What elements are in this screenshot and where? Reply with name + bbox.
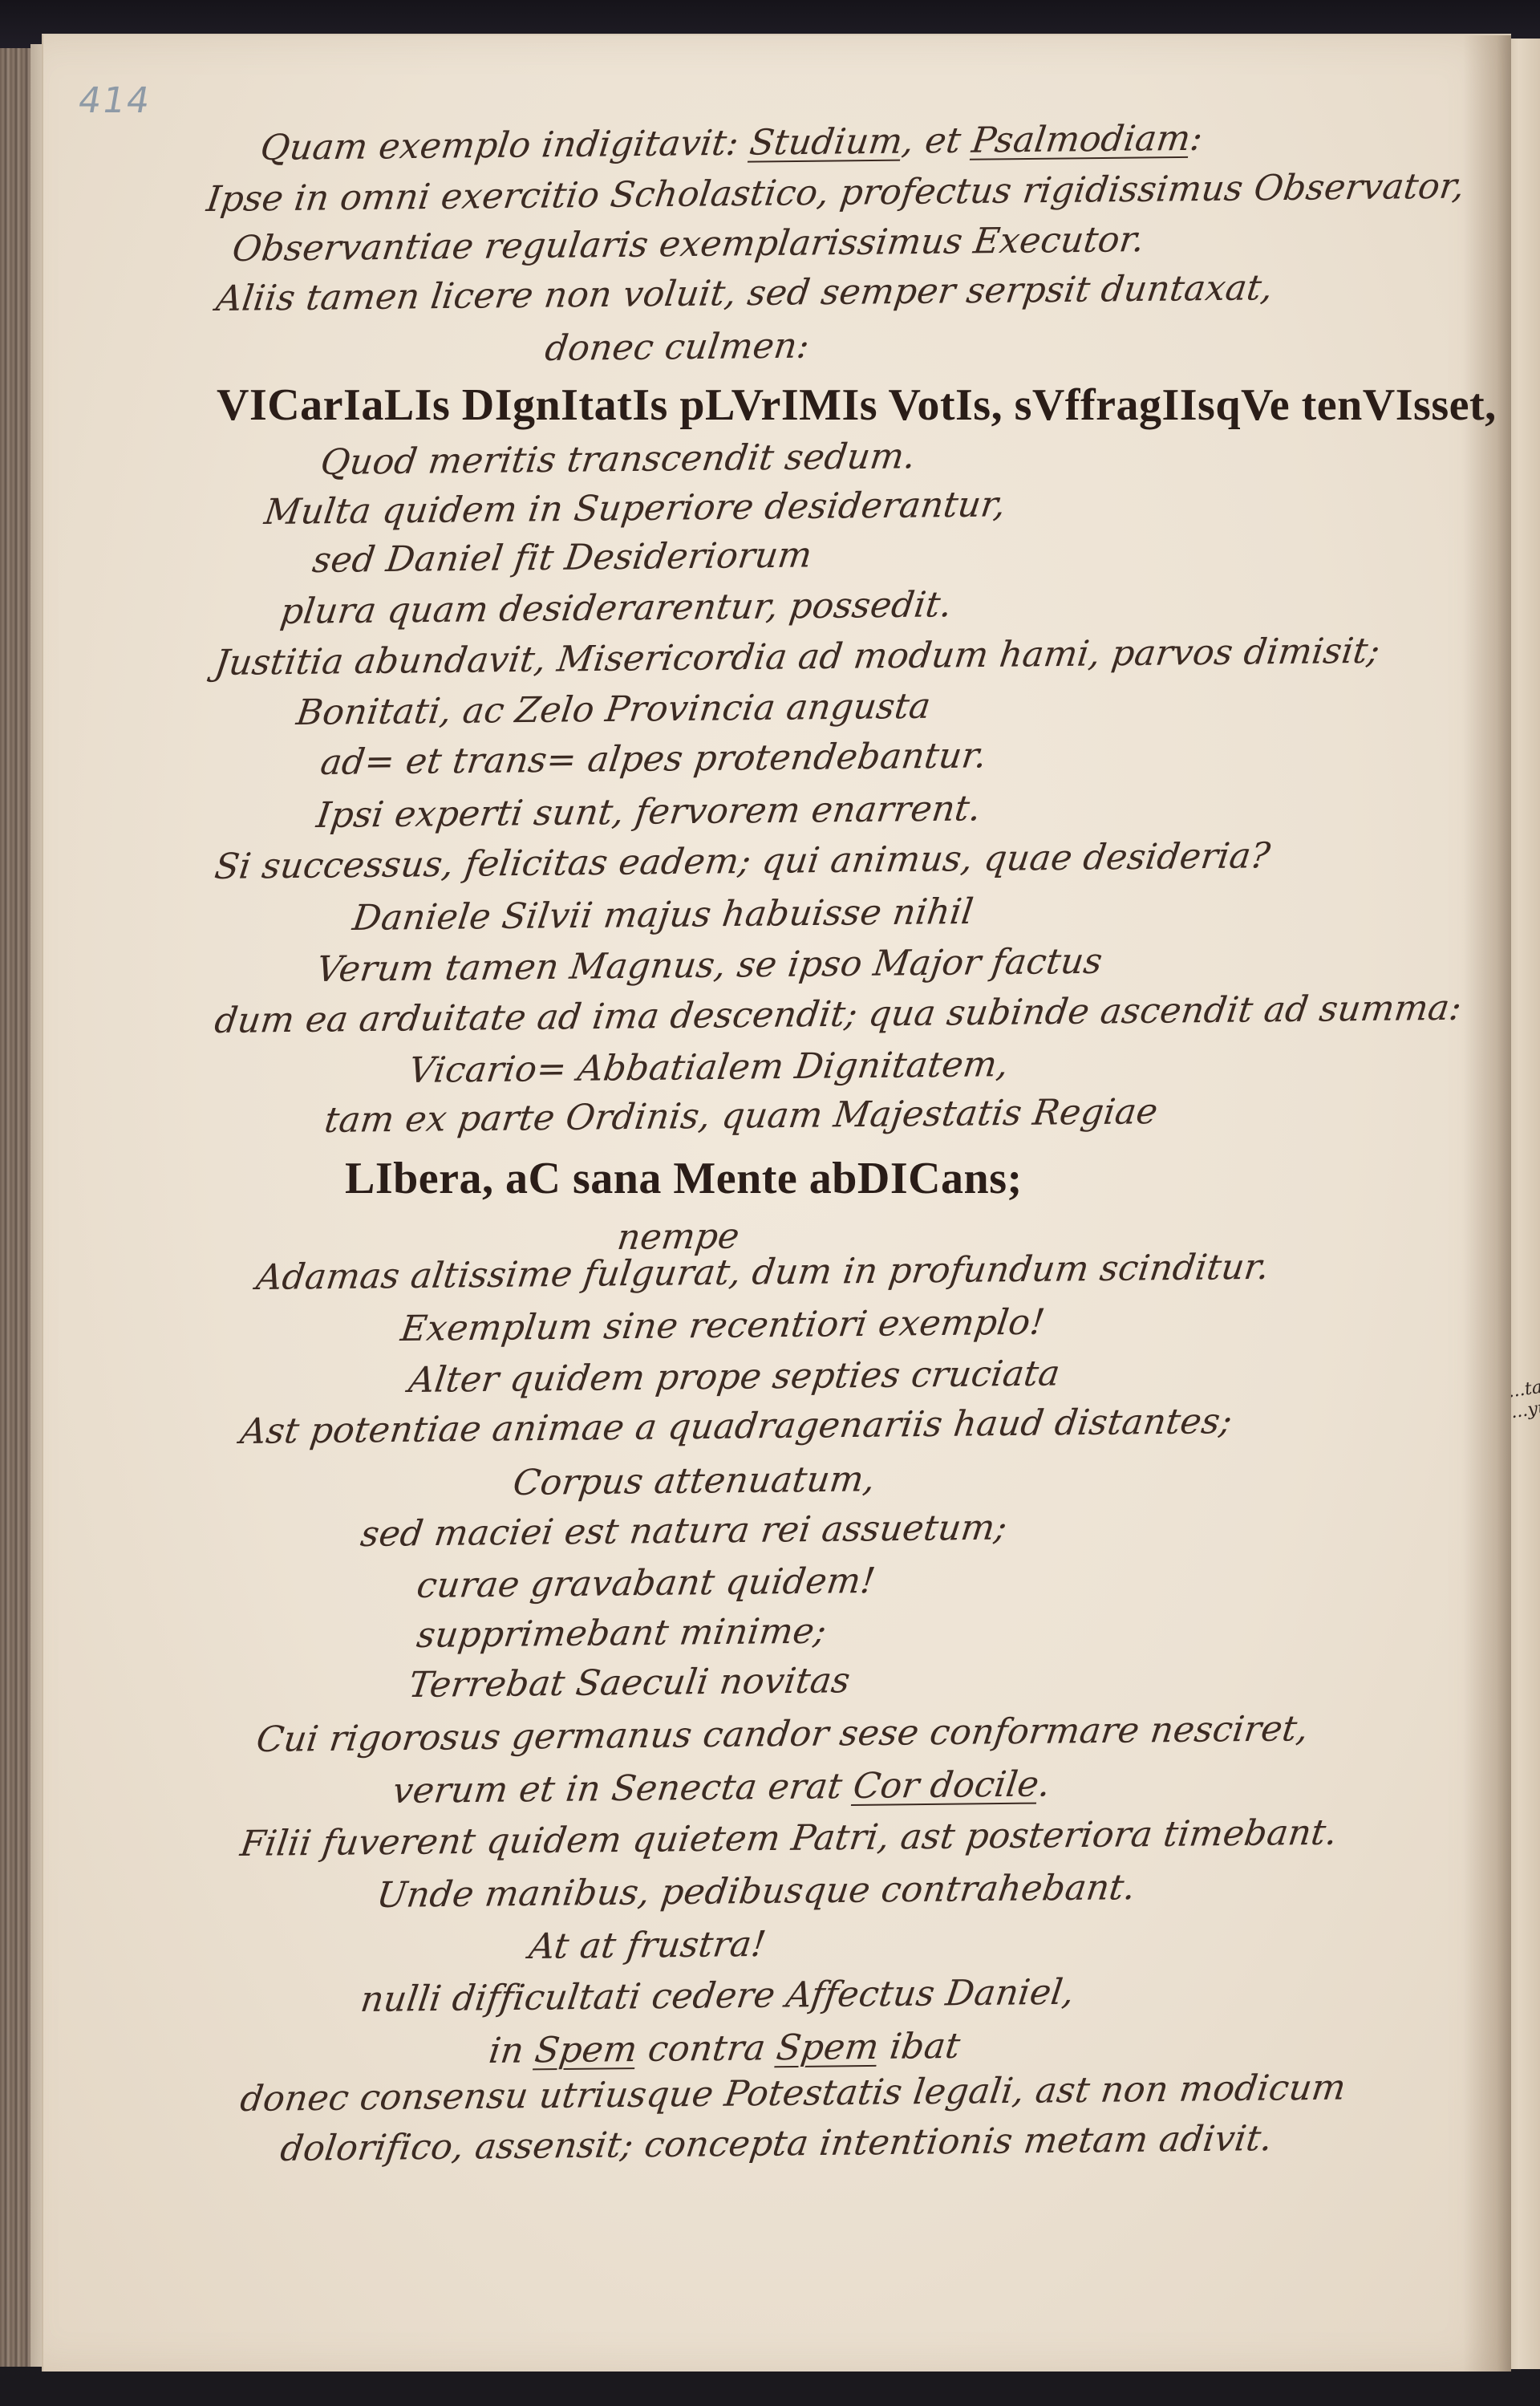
manuscript-line: curae gravabant quidem! <box>414 1560 877 1608</box>
manuscript-line: Vicario= Abbatialem Dignitatem, <box>406 1043 1011 1093</box>
manuscript-line: Daniele Silvii majus habuisse nihil <box>350 891 975 940</box>
manuscript-line: nulli difficultati cedere Affectus Danie… <box>358 1971 1076 2022</box>
manuscript-line: sed Daniel fit Desideriorum <box>310 534 814 582</box>
scan-background-bottom <box>0 2367 1540 2406</box>
manuscript-line: sed maciei est natura rei assuetum; <box>358 1507 1009 1556</box>
manuscript-line: Ipsi experti sunt, fervorem enarrent. <box>314 787 983 838</box>
chronogram-line: VICarIaLIs DIgnItatIs pLVrIMIs VotIs, sV… <box>217 383 1497 427</box>
underlined-word: Spem <box>774 2027 881 2068</box>
manuscript-line: Bonitati, ac Zelo Provincia angusta <box>294 685 933 735</box>
manuscript-line: Alter quidem prope septies cruciata <box>406 1353 1062 1402</box>
manuscript-line: donec culmen: <box>542 325 812 371</box>
manuscript-line: Exemplum sine recentiori exemplo! <box>398 1301 1047 1351</box>
folio-number: 414 <box>75 80 155 121</box>
underlined-word: Cor docile <box>851 1764 1042 1807</box>
underlined-word: Spem <box>533 2029 640 2071</box>
manuscript-line: Multa quidem in Superiore desiderantur, <box>261 483 1008 534</box>
manuscript-line: Corpus attenuatum, <box>510 1458 877 1505</box>
underlined-word: Psalmodiam <box>970 118 1193 161</box>
manuscript-line: tam ex parte Ordinis, quam Majestatis Re… <box>322 1090 1160 1142</box>
manuscript-line: in Spem contra Spem ibat <box>486 2025 962 2073</box>
manuscript-line: Quod meritis transcendit sedum. <box>318 435 918 485</box>
margin-note-line: ...yuz <box>1510 1398 1540 1423</box>
chronogram-line: LIbera, aC sana Mente abDICans; <box>345 1157 1023 1200</box>
manuscript-line: plura quam desiderarentur, possedit. <box>278 583 954 634</box>
manuscript-line: Unde manibus, pedibusque contrahebant. <box>374 1866 1137 1917</box>
manuscript-line: supprimebant minime; <box>414 1610 829 1657</box>
manuscript-line: ad= et trans= alpes protendebantur. <box>318 734 989 785</box>
underlined-word: Studium <box>748 121 906 164</box>
manuscript-line: At at frustra! <box>526 1923 768 1969</box>
facing-page-margin-note: ...ta ...yuz <box>1507 1378 1540 1424</box>
manuscript-line: Terrebat Saeculi novitas <box>406 1659 853 1707</box>
manuscript-line: verum et in Senecta erat Cor docile. <box>390 1763 1052 1813</box>
manuscript-line: Verum tamen Magnus, se ipso Major factus <box>314 940 1104 992</box>
